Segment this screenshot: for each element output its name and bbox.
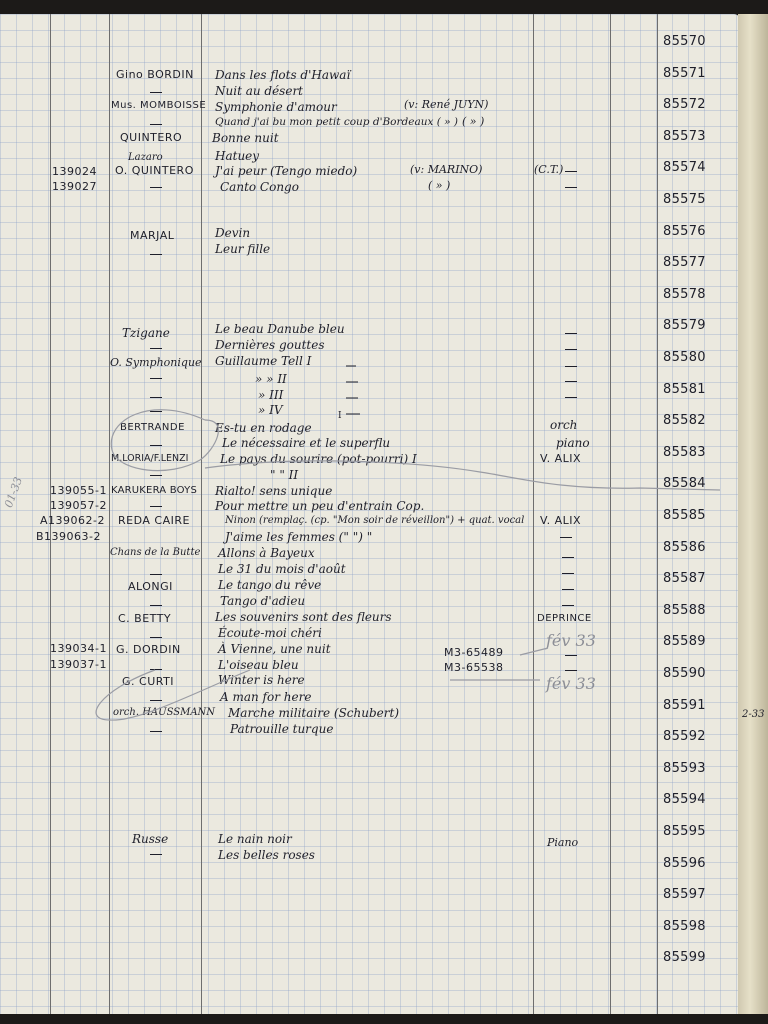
catalog-number: 85570: [663, 34, 706, 49]
artist: KARUKERA BOYS: [111, 484, 197, 498]
title: Pour mettre un peu d'entrain Cop.: [215, 499, 424, 513]
title: Symphonie d'amour: [215, 100, 337, 114]
ditto-dash: [565, 366, 577, 367]
ditto-dash: [150, 378, 162, 379]
column-rule-6: [657, 14, 658, 1014]
catalog-number: 85597: [663, 887, 706, 902]
catalog-number: 85577: [663, 255, 706, 270]
catalog-number: 85594: [663, 792, 706, 807]
matrix-number: 139027: [52, 180, 97, 194]
artist-first-name: Lazaro: [128, 151, 163, 165]
ditto-dash: [150, 124, 162, 125]
vocalist-note: (v: René JUYN): [404, 98, 488, 112]
title: Marche militaire (Schubert): [228, 706, 399, 720]
ditto-dash: [150, 637, 162, 638]
title: Allons à Bayeux: [218, 546, 315, 560]
title: Hatuey: [215, 149, 259, 163]
ditto-dash: [562, 573, 574, 574]
ditto-dash: [150, 92, 162, 93]
ditto-dash: [150, 605, 162, 606]
matrix-number: 139024: [52, 165, 97, 179]
catalog-number: 85595: [663, 824, 706, 839]
ditto-dash: [565, 381, 577, 382]
catalog-number: 85584: [663, 476, 706, 491]
artist: Russe: [132, 832, 168, 846]
catalog-number: 85588: [663, 603, 706, 618]
catalog-number: 85578: [663, 287, 706, 302]
catalog-number: 85586: [663, 540, 706, 555]
ditto-dash: [150, 669, 162, 670]
matrix-number: B139063-2: [36, 530, 101, 544]
ditto-dash: [150, 187, 162, 188]
catalog-number: 85576: [663, 224, 706, 239]
title: Quand j'ai bu mon petit coup d'Bordeaux …: [215, 115, 458, 129]
ditto-dash: [150, 348, 162, 349]
accompaniment: piano: [556, 436, 590, 450]
matrix-number: 139034-1: [50, 642, 107, 656]
title: » IV: [258, 403, 283, 417]
catalog-number: 85583: [663, 445, 706, 460]
ditto-dash: [565, 349, 577, 350]
ditto-dash: [565, 187, 577, 188]
accompaniment: DEPRINCE: [537, 612, 592, 626]
catalog-number: 85585: [663, 508, 706, 523]
artist: Mus. MOMBOISSE: [111, 99, 206, 113]
catalog-number: 85596: [663, 856, 706, 871]
artist: O. Symphonique: [110, 356, 202, 370]
column-rule-2: [109, 14, 110, 1014]
artist: M.LORIA/F.LENZI: [111, 452, 188, 466]
ditto-dash: [150, 445, 162, 446]
accompaniment: Piano: [547, 836, 578, 850]
catalog-number: 85580: [663, 350, 706, 365]
title: Le nécessaire et le superflu: [222, 436, 390, 450]
catalog-number: 85592: [663, 729, 706, 744]
ditto-note: ( » ): [428, 179, 450, 193]
artist: orch. HAUSSMANN: [113, 706, 215, 720]
ditto-dash: [150, 254, 162, 255]
title: Nuit au désert: [215, 84, 303, 98]
title: Leur fille: [215, 242, 270, 256]
catalog-number: 85599: [663, 950, 706, 965]
title: Le pays du sourire (pot-pourri) I: [220, 452, 417, 466]
title: Dans les flots d'Hawaï: [215, 68, 350, 82]
ditto-dash: [562, 557, 574, 558]
title: Winter is here: [218, 673, 305, 687]
ditto-dash: [565, 171, 577, 172]
title: L'oiseau bleu: [218, 658, 299, 672]
title: À Vienne, une nuit: [218, 642, 331, 656]
ditto-dash: [565, 655, 577, 656]
ditto-dash: [150, 411, 162, 412]
artist: C. BETTY: [118, 612, 171, 626]
right-margin-note: 2-33: [742, 708, 764, 722]
artist: Chans de la Butte: [110, 546, 200, 560]
title: Bonne nuit: [212, 131, 279, 145]
accompaniment: V. ALIX: [540, 514, 581, 528]
title: J'ai peur (Tengo miedo): [215, 164, 357, 178]
ditto-note: ( » ): [462, 115, 484, 129]
ct-note: (C.T.): [534, 163, 563, 177]
ditto-dash: [150, 700, 162, 701]
catalog-number: 85571: [663, 66, 706, 81]
catalog-number: 85573: [663, 129, 706, 144]
catalog-number: 85593: [663, 761, 706, 776]
record-reference: M3-65489: [444, 646, 503, 660]
title: J'aime les femmes (" ") ": [225, 530, 372, 544]
artist: G. CURTI: [122, 675, 174, 689]
artist: QUINTERO: [120, 131, 182, 145]
catalog-number: 85572: [663, 97, 706, 112]
title: Guillaume Tell I: [215, 354, 311, 368]
column-rule-5: [610, 14, 611, 1014]
matrix-number: 139055-1: [50, 484, 107, 498]
title: Le nain noir: [218, 832, 292, 846]
title: » » II: [255, 372, 287, 386]
catalog-number: 85587: [663, 571, 706, 586]
title: Dernières gouttes: [215, 338, 324, 352]
page-edge: [738, 14, 768, 1014]
title: Es-tu en rodage: [215, 421, 312, 435]
artist: MARJAL: [130, 229, 174, 243]
title: Le 31 du mois d'août: [218, 562, 346, 576]
catalog-number: 85581: [663, 382, 706, 397]
title: Rialto! sens unique: [215, 484, 332, 498]
catalog-number: 85590: [663, 666, 706, 681]
ditto-dash: [150, 397, 162, 398]
ditto-dash: [565, 670, 577, 671]
catalog-number: 85582: [663, 413, 706, 428]
pencil-date: fév 33: [546, 677, 596, 691]
vocalist-note: (v: MARINO): [410, 163, 482, 177]
title: " " II: [270, 468, 298, 482]
title: Devin: [215, 226, 250, 240]
artist: Gino BORDIN: [116, 68, 194, 82]
title: Les souvenirs sont des fleurs: [215, 610, 392, 624]
catalog-number: 85579: [663, 318, 706, 333]
artist: G. DORDIN: [116, 643, 181, 657]
ditto-dash: [150, 506, 162, 507]
column-rule-3: [201, 14, 202, 1014]
ditto-dash: [565, 333, 577, 334]
title: Écoute-moi chéri: [218, 626, 322, 640]
title: Tango d'adieu: [220, 594, 305, 608]
artist: ALONGI: [128, 580, 173, 594]
ditto-dash: [562, 589, 574, 590]
title: Les belles roses: [218, 848, 315, 862]
ditto-dash: [150, 574, 162, 575]
accompaniment: V. ALIX: [540, 452, 581, 466]
title: A man for here: [220, 690, 311, 704]
artist: REDA CAIRE: [118, 514, 190, 528]
artist: BERTRANDE: [120, 421, 185, 435]
ditto-dash: [562, 605, 574, 606]
ditto-dash: [560, 537, 572, 538]
record-reference: M3-65538: [444, 661, 503, 675]
catalog-number: 85598: [663, 919, 706, 934]
catalog-number: 85591: [663, 698, 706, 713]
catalog-number: 85589: [663, 634, 706, 649]
title: Patrouille turque: [230, 722, 333, 736]
ditto-dash: [150, 854, 162, 855]
artist: O. QUINTERO: [115, 164, 194, 178]
title: Le beau Danube bleu: [215, 322, 345, 336]
title: Canto Congo: [220, 180, 299, 194]
ditto-dash: [150, 731, 162, 732]
title: » III: [258, 388, 283, 402]
title: Ninon (remplaç. (cp. "Mon soir de réveil…: [225, 514, 524, 528]
accompaniment: orch: [550, 418, 577, 432]
catalog-number: 85574: [663, 160, 706, 175]
ditto-dash: [150, 475, 162, 476]
pencil-date: fév 33: [546, 634, 596, 648]
ditto-dash: [565, 397, 577, 398]
matrix-number: 139057-2: [50, 499, 107, 513]
title: Le tango du rêve: [218, 578, 321, 592]
matrix-number: A139062-2: [40, 514, 105, 528]
artist: Tzigane: [122, 326, 170, 340]
matrix-number: 139037-1: [50, 658, 107, 672]
catalog-number: 85575: [663, 192, 706, 207]
